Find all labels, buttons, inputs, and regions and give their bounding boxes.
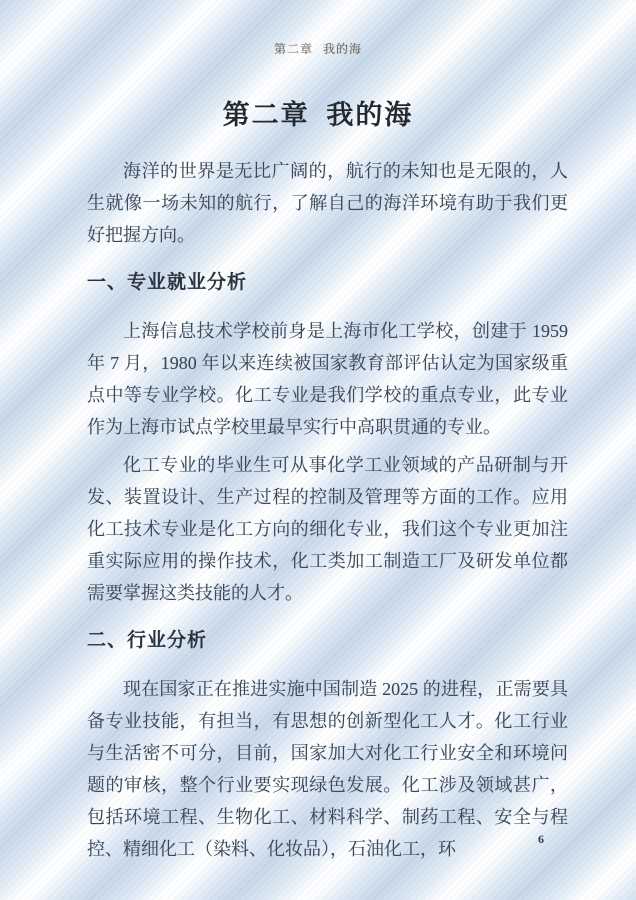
paragraph-industry-overview: 现在国家正在推进实施中国制造 2025 的进程，正需要具备专业技能，有担当，有思… <box>87 673 568 865</box>
paragraph-school-history: 上海信息技术学校前身是上海市化工学校，创建于 1959 年 7 月，1980 年… <box>87 315 568 443</box>
document-body: 海洋的世界是无比广阔的，航行的未知也是无限的，人生就像一场未知的航行，了解自己的… <box>87 155 568 871</box>
running-header: 第二章 我的海 <box>0 40 636 57</box>
chapter-title: 第二章 我的海 <box>0 93 636 132</box>
intro-paragraph: 海洋的世界是无比广阔的，航行的未知也是无限的，人生就像一场未知的航行，了解自己的… <box>87 155 568 251</box>
section-heading-industry-analysis: 二、行业分析 <box>87 625 568 657</box>
page-number: 6 <box>538 832 544 847</box>
section-heading-employment-analysis: 一、专业就业分析 <box>87 267 568 299</box>
paragraph-graduate-careers: 化工专业的毕业生可从事化学工业领域的产品研制与开发、装置设计、生产过程的控制及管… <box>87 449 568 609</box>
document-page: 第二章 我的海 第二章 我的海 海洋的世界是无比广阔的，航行的未知也是无限的，人… <box>0 0 636 900</box>
